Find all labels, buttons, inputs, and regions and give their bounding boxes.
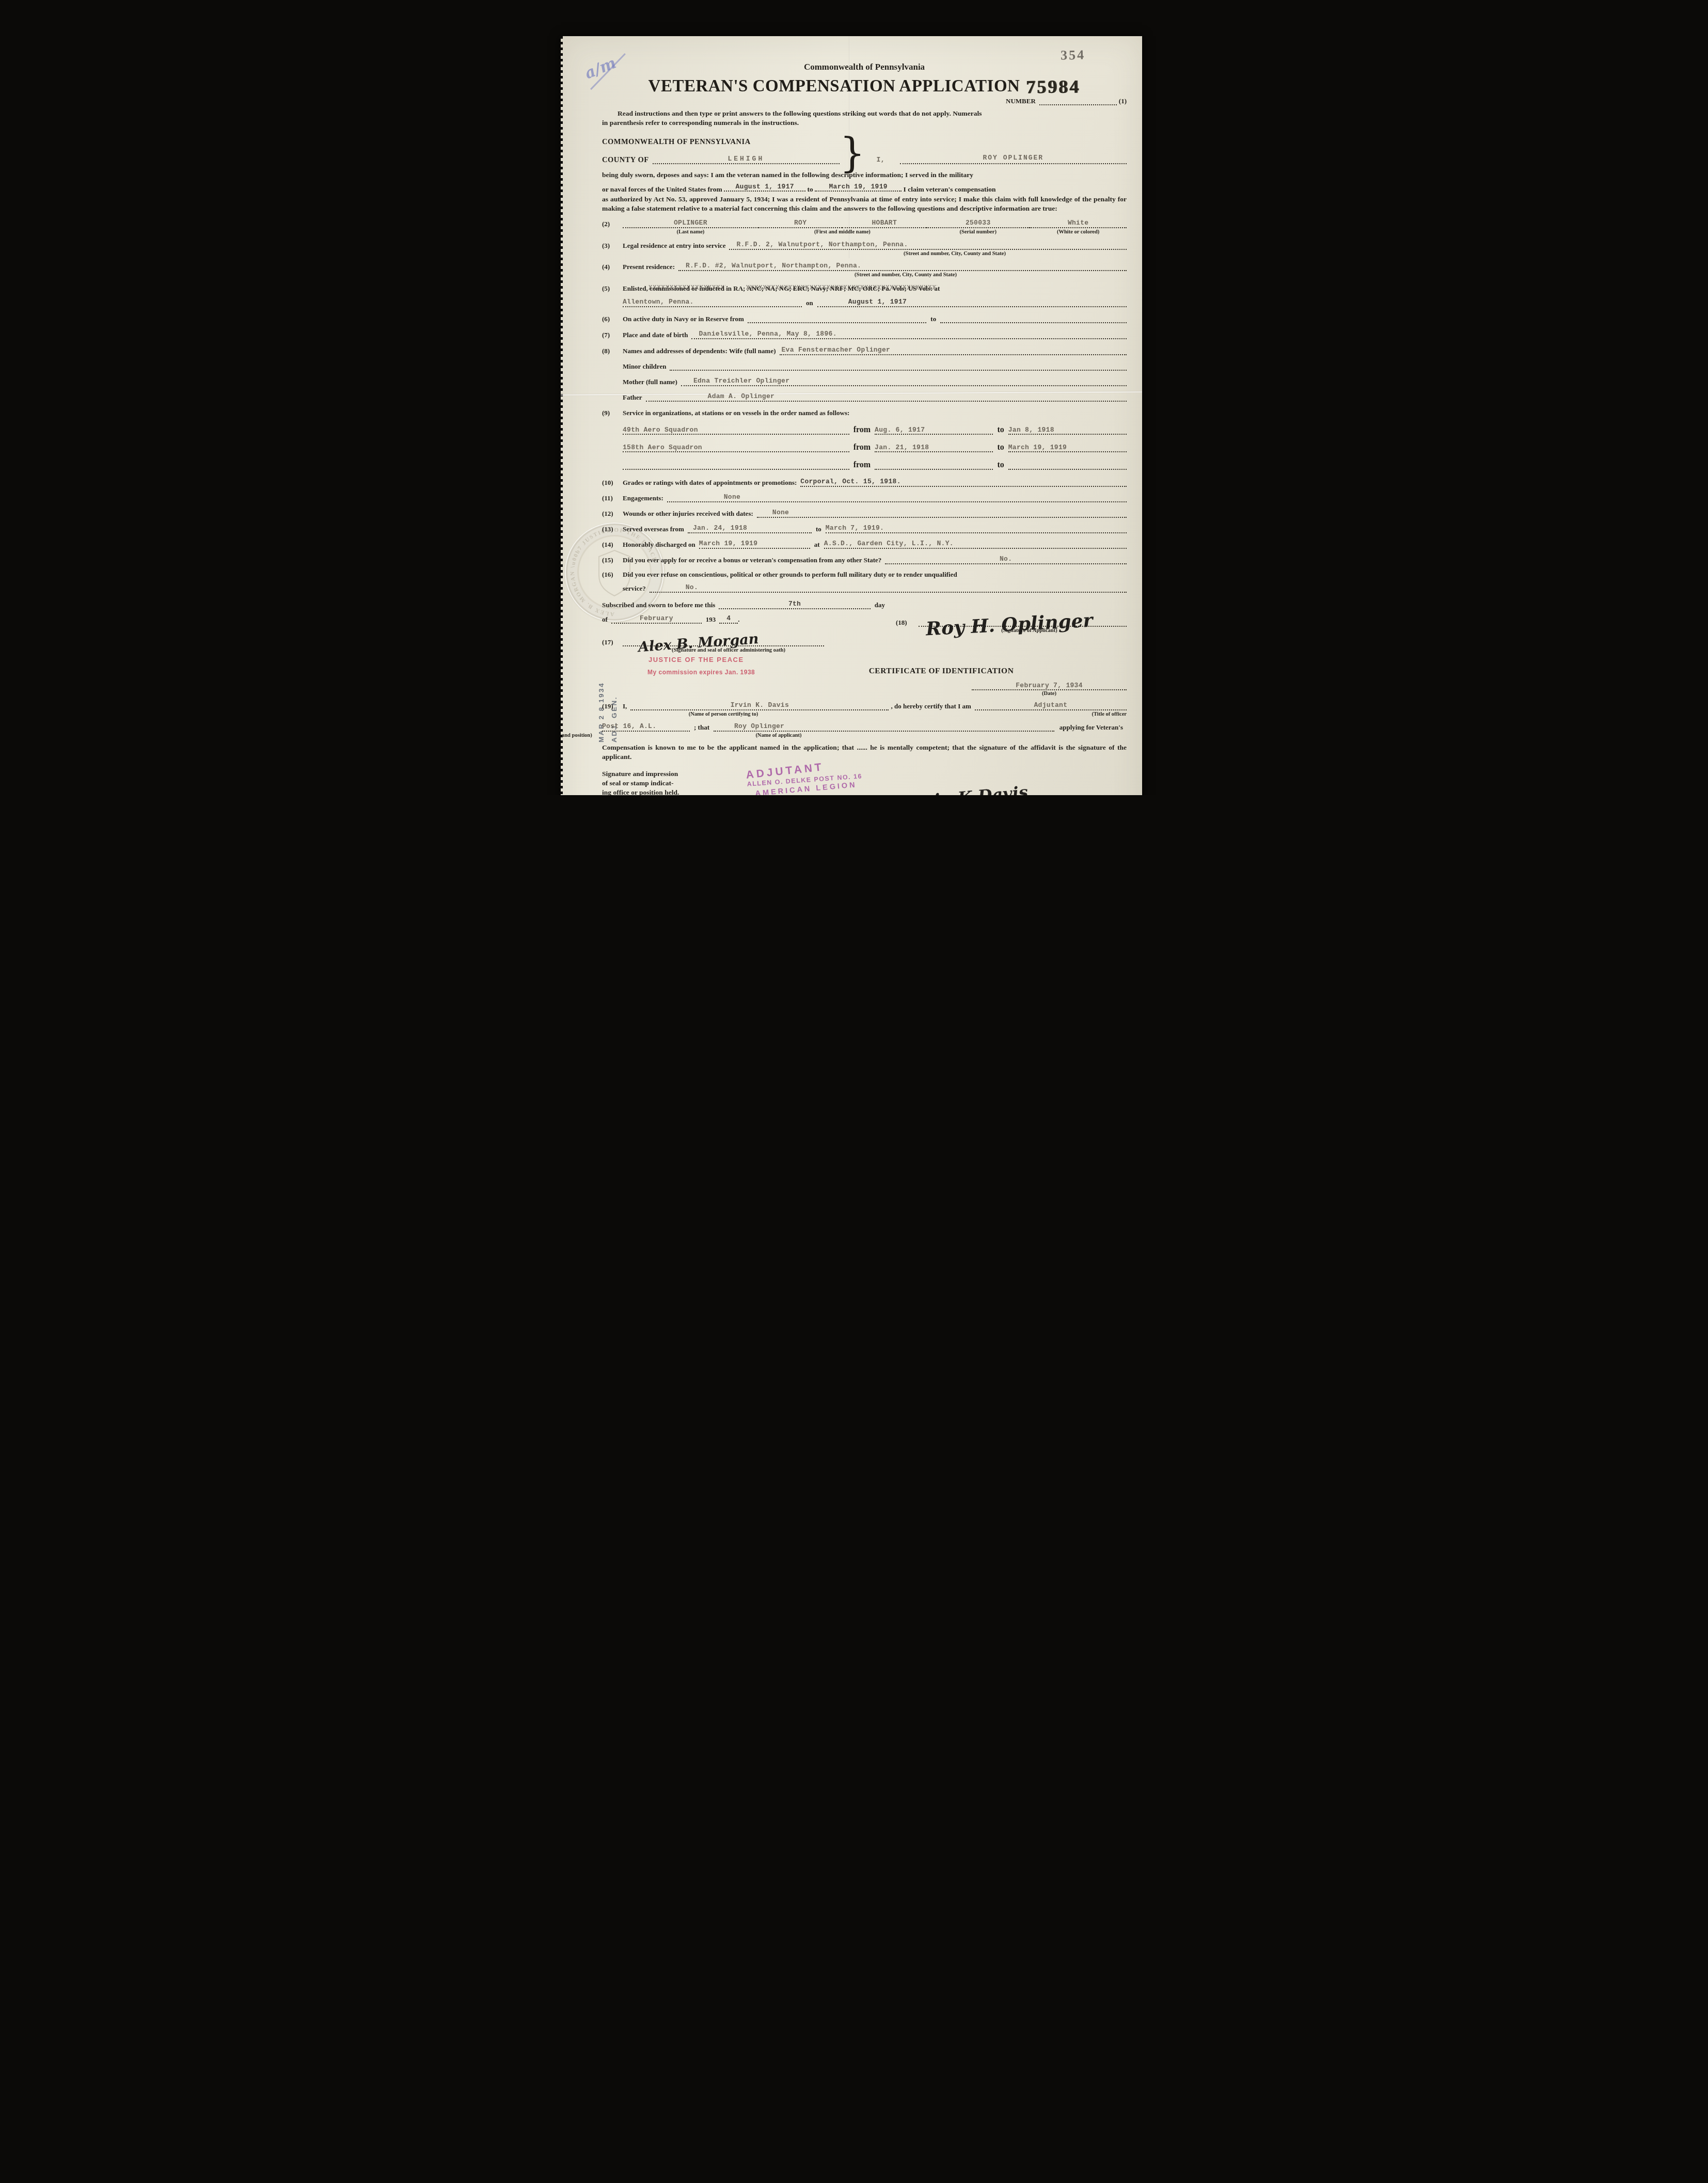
item9-num: (9) xyxy=(602,409,623,417)
service1-to: Jan 8, 1918 xyxy=(1008,426,1127,434)
discharge-place: A.S.D., Garden City, L.I., N.Y. xyxy=(824,540,1127,548)
oath-of-label: of xyxy=(602,615,611,624)
oath-day-label: day xyxy=(871,601,889,609)
item3-label: Legal residence at entry into service xyxy=(623,242,729,250)
item14-at-label: at xyxy=(810,541,824,549)
item3-sublabel: (Street and number, City, County and Sta… xyxy=(845,250,1065,257)
officer-title: Adjutant xyxy=(975,701,1127,709)
discharge-place-field: A.S.D., Garden City, L.I., N.Y. xyxy=(824,540,1127,549)
engagements-field: None xyxy=(667,493,1127,502)
item16-num: (16) xyxy=(602,571,623,579)
oath-year-digit: 4 xyxy=(719,614,738,623)
serial-field: 250033 xyxy=(926,219,1030,228)
item4-value: R.F.D. #2, Walnutport, Northampton, Penn… xyxy=(678,262,1127,270)
item19-row1: (19) I, Irvin K. Davis , do hereby certi… xyxy=(602,701,1127,710)
refuse-answer: No. xyxy=(650,583,1127,592)
item8-wife-row: (8) Names and addresses of dependents: W… xyxy=(602,346,1127,355)
service1-from: Aug. 6, 1917 xyxy=(875,426,993,434)
brace-glyph: } xyxy=(840,137,865,169)
post-value: Post 16, A.L. xyxy=(602,722,690,731)
overseas-from: Jan. 24, 1918 xyxy=(688,524,812,532)
item12-label: Wounds or other injuries received with d… xyxy=(623,510,757,518)
overseas-from-field: Jan. 24, 1918 xyxy=(688,524,812,533)
title-sublabel: (Title of officer xyxy=(1092,711,1127,718)
justice-stamp-line2: My commission expires Jan. 1938 xyxy=(602,669,818,676)
service2-to-field: March 19, 1919 xyxy=(1008,443,1127,452)
service2-from: Jan. 21, 1918 xyxy=(875,444,993,451)
service-from-field: August 1, 1917 xyxy=(724,183,805,192)
overseas-to-field: March 7, 1919. xyxy=(826,524,1127,533)
wounds-value: None xyxy=(757,509,1127,517)
service-row-3: from to xyxy=(602,461,1127,470)
first-middle-sublabel: (First and middle name) xyxy=(758,229,926,235)
item6-row: (6) On active duty in Navy or in Reserve… xyxy=(602,314,1127,323)
item4-sublabel: (Street and number, City, County and Sta… xyxy=(788,272,1023,278)
item18-num: (18) xyxy=(896,619,919,627)
item2-num: (2) xyxy=(602,220,623,228)
wounds-field: None xyxy=(757,509,1127,518)
document-page: 354 a/m ALEX B. MORGAN \u00b7 JUSTICE OF… xyxy=(561,36,1142,795)
birth-value: Danielsville, Penna, May 8, 1896. xyxy=(691,330,1127,338)
service2-org-field: 158th Aero Squadron xyxy=(623,443,849,452)
service3-from-field xyxy=(875,461,993,470)
item8-father-row: Father Adam A. Oplinger xyxy=(602,392,1127,402)
father-field: Adam A. Oplinger xyxy=(646,392,1127,402)
item13-label: Served overseas from xyxy=(623,525,688,533)
identifier-signature: Irvin K Davis xyxy=(908,788,1029,795)
certify-text: , do hereby certify that I am xyxy=(889,702,974,710)
sworn-to-label: to xyxy=(808,185,813,193)
certifier-name-field: Irvin K. Davis xyxy=(630,701,889,710)
first-name-field: ROY xyxy=(758,219,843,228)
middle-name-field: HOBART xyxy=(842,219,926,228)
wife-field: Eva Fenstermacher Oplinger xyxy=(780,346,1127,355)
item13-to-label: to xyxy=(812,525,826,533)
item14-row: (14) Honorably discharged on March 19, 1… xyxy=(602,540,1127,549)
item8-label: Names and addresses of dependents: Wife … xyxy=(623,347,780,355)
oath-line2: of February 193 4 . xyxy=(602,614,889,624)
service1-to-label: to xyxy=(993,425,1008,435)
sworn-line2: or naval forces of the United States fro… xyxy=(602,183,1127,194)
item4-label: Present residence: xyxy=(623,263,678,271)
officer-signature-field: Alex B. Morgan xyxy=(623,637,824,646)
commonwealth-line: COMMONWEALTH OF PENNSYLVANIA xyxy=(602,138,840,147)
item13-num: (13) xyxy=(602,525,623,533)
item5-on-label: on xyxy=(802,299,817,307)
cert-applicant-sublabel: (Name of applicant) xyxy=(701,732,856,739)
item19-row2: Post 16, A.L. ; that Roy Oplinger applyi… xyxy=(602,722,1127,732)
service1-to-field: Jan 8, 1918 xyxy=(1008,425,1127,435)
certificate-heading-row: My commission expires Jan. 1938 CERTIFIC… xyxy=(602,667,1127,676)
color-field: White xyxy=(1030,219,1127,228)
county-field: LEHIGH xyxy=(653,155,840,164)
oath-block: Subscribed and sworn to before me this 7… xyxy=(602,600,1127,663)
officer-signature-row: (17) Alex B. Morgan xyxy=(602,637,889,646)
identification-block: Signature and impression of seal or stam… xyxy=(602,769,1127,795)
service2-from-label: from xyxy=(849,443,875,452)
service-to-value: March 19, 1919 xyxy=(815,182,902,192)
enlist-date-field: August 1, 1917 xyxy=(817,298,1127,307)
item12-row: (12) Wounds or other injuries received w… xyxy=(602,509,1127,518)
item13-row: (13) Served overseas from Jan. 24, 1918 … xyxy=(602,524,1127,533)
item5-struck2: ANC; NA; NG; ERC; Navy; NRF; MC; ORC; Pa… xyxy=(747,284,933,293)
wife-value: Eva Fenstermacher Oplinger xyxy=(780,346,1127,354)
mother-field: Edna Treichler Oplinger xyxy=(681,377,1127,386)
item10-num: (10) xyxy=(602,479,623,487)
county-block: COMMONWEALTH OF PENNSYLVANIA COUNTY OF L… xyxy=(602,132,1127,164)
service1-org: 49th Aero Squadron xyxy=(623,426,849,434)
item11-row: (11) Engagements: None xyxy=(602,493,1127,502)
item3-sublabels: (Street and number, City, County and Sta… xyxy=(602,250,1127,257)
oath-month: February xyxy=(611,614,702,623)
officer-title-field: Adjutant xyxy=(975,701,1127,710)
item5-row1: (5) Enlisted, commissioned or inducted i… xyxy=(602,284,1127,293)
item16-row2: service? No. xyxy=(602,583,1127,593)
oath-year-field: 4 xyxy=(719,614,738,624)
service-row-2: 158th Aero Squadron from Jan. 21, 1918 t… xyxy=(602,443,1127,452)
number-field xyxy=(1039,96,1117,105)
deponent-name: ROY OPLINGER xyxy=(900,154,1127,162)
item7-label: Place and date of birth xyxy=(623,331,691,339)
certifier-sublabel: (Name of person certifying to) xyxy=(638,711,809,718)
certificate-date-row: February 7, 1934 (Date) xyxy=(602,681,1127,697)
grades-value: Corporal, Oct. 15, 1918. xyxy=(800,478,1127,486)
item6-to-label: to xyxy=(926,315,940,323)
discharge-date: March 19, 1919 xyxy=(699,540,810,548)
certificate-body: Compensation is known to me to be the ap… xyxy=(602,743,1127,761)
service2-org: 158th Aero Squadron xyxy=(623,444,849,451)
service1-from-label: from xyxy=(849,425,875,435)
item9-label: Service in organizations, at stations or… xyxy=(623,409,849,417)
intro-line1: Read instructions and then type or print… xyxy=(602,109,1127,118)
cert-applicant-name: Roy Oplinger xyxy=(714,722,1054,731)
oath-day-field: 7th xyxy=(719,600,870,609)
birth-field: Danielsville, Penna, May 8, 1896. xyxy=(691,330,1127,339)
item9-header: (9) Service in organizations, at station… xyxy=(602,409,1127,417)
applicant-signature-field: Roy H. Oplinger xyxy=(919,618,1127,627)
sworn-line2-post: I claim veteran's compensation xyxy=(904,185,996,193)
deponent-name-field: ROY OPLINGER xyxy=(900,155,1127,164)
item19-sublabels2: and position) (Name of applicant) xyxy=(602,732,1127,739)
mother-value: Edna Treichler Oplinger xyxy=(681,377,1127,385)
item15-label: Did you ever apply for or receive a bonu… xyxy=(623,556,885,564)
application-number-stamp: 75984 xyxy=(1026,76,1080,98)
item14-label: Honorably discharged on xyxy=(623,541,699,549)
middle-name-value: HOBART xyxy=(842,219,926,227)
refuse-answer-field: No. xyxy=(650,583,1127,593)
father-value: Adam A. Oplinger xyxy=(646,392,1127,401)
item19-num: (19) xyxy=(602,702,623,710)
oath-line1-pre: Subscribed and sworn to before me this xyxy=(602,601,719,609)
applicant-signature: Roy H. Oplinger xyxy=(926,616,1093,634)
item5-post: at xyxy=(935,284,940,292)
certificate-date: February 7, 1934 xyxy=(972,682,1127,689)
post-field: Post 16, A.L. xyxy=(602,722,690,732)
father-label: Father xyxy=(623,393,646,402)
item8-children-row: Minor children xyxy=(602,361,1127,371)
oath-month-field: February xyxy=(611,614,702,624)
color-value: White xyxy=(1030,219,1127,227)
item16-label: Did you ever refuse on conscientious, po… xyxy=(623,571,957,579)
item17-num: (17) xyxy=(602,638,623,646)
service3-from-label: from xyxy=(849,461,875,470)
item7-row: (7) Place and date of birth Danielsville… xyxy=(602,330,1127,339)
oath-day: 7th xyxy=(719,600,870,608)
certificate-date-field: February 7, 1934 xyxy=(972,681,1127,690)
navy-to-field xyxy=(940,314,1127,323)
item5-label: Enlisted, commissioned or inducted in RA… xyxy=(623,284,940,293)
item2-row: (2) OPLINGER ROY HOBART 250033 White xyxy=(602,219,1127,228)
scan-background: 354 a/m ALEX B. MORGAN \u00b7 JUSTICE OF… xyxy=(546,0,1162,795)
item11-num: (11) xyxy=(602,494,623,502)
item6-num: (6) xyxy=(602,315,623,323)
oath-year-printed: 193 xyxy=(702,615,720,624)
bonus-answer: No. xyxy=(885,555,1127,563)
applying-text: applying for Veteran's xyxy=(1054,723,1127,732)
item5-struck1: commissioned or inducted xyxy=(650,284,724,293)
serial-value: 250033 xyxy=(926,219,1030,227)
number-label: NUMBER xyxy=(1006,97,1039,105)
identifier-signature-row: Irvin K Davis xyxy=(887,790,1127,795)
item3-value: R.F.D. 2, Walnutport, Northampton, Penna… xyxy=(729,241,1127,249)
number-ref: (1) xyxy=(1117,97,1127,105)
service3-org-field xyxy=(623,461,849,470)
item6-label: On active duty in Navy or in Reserve fro… xyxy=(623,315,748,323)
last-name-sublabel: (Last name) xyxy=(623,229,758,235)
sworn-line3: as authorized by Act No. 53, approved Ja… xyxy=(602,195,1127,213)
oath-line1: Subscribed and sworn to before me this 7… xyxy=(602,600,889,609)
certificate-date-sublabel: (Date) xyxy=(972,690,1127,697)
certifier-name: Irvin K. Davis xyxy=(630,701,889,709)
intro-line2: in parenthesis refer to corresponding nu… xyxy=(602,118,1127,128)
county-label: COUNTY OF xyxy=(602,156,653,164)
item11-label: Engagements: xyxy=(623,494,667,502)
item4-num: (4) xyxy=(602,263,623,271)
item3-field: R.F.D. 2, Walnutport, Northampton, Penna… xyxy=(729,241,1127,250)
minor-children-field xyxy=(670,361,1127,371)
color-sublabel: (White or colored) xyxy=(1030,229,1127,235)
item4-row: (4) Present residence: R.F.D. #2, Walnut… xyxy=(602,262,1127,271)
service2-to: March 19, 1919 xyxy=(1008,444,1127,451)
item7-num: (7) xyxy=(602,331,623,339)
first-name-value: ROY xyxy=(758,219,843,227)
seal-caption-l1: Signature and impression xyxy=(602,769,742,779)
item14-num: (14) xyxy=(602,541,623,549)
enlist-date-value: August 1, 1917 xyxy=(817,298,1127,306)
service3-to-label: to xyxy=(993,461,1008,470)
service2-to-label: to xyxy=(993,443,1008,452)
overseas-to: March 7, 1919. xyxy=(826,524,1127,532)
item5-num: (5) xyxy=(602,284,623,293)
item12-num: (12) xyxy=(602,510,623,518)
item15-row: (15) Did you ever apply for or receive a… xyxy=(602,555,1127,564)
service2-from-field: Jan. 21, 1918 xyxy=(875,443,993,452)
engagements-value: None xyxy=(667,493,1127,501)
item4-field: R.F.D. #2, Walnutport, Northampton, Penn… xyxy=(678,262,1127,271)
cert-applicant-field: Roy Oplinger xyxy=(714,722,1054,732)
commonwealth-heading: Commonwealth of Pennsylvania xyxy=(602,62,1127,72)
service1-org-field: 49th Aero Squadron xyxy=(623,425,849,435)
item4-sublabels: (Street and number, City, County and Sta… xyxy=(602,272,1127,278)
discharge-date-field: March 19, 1919 xyxy=(699,540,810,549)
item16-row1: (16) Did you ever refuse on conscientiou… xyxy=(602,571,1127,579)
grades-field: Corporal, Oct. 15, 1918. xyxy=(800,478,1127,487)
navy-from-field xyxy=(748,314,926,323)
mother-label: Mother (full name) xyxy=(623,378,681,386)
item8-num: (8) xyxy=(602,347,623,355)
i-label: I, xyxy=(865,156,900,164)
enlist-place-field: Allentown, Penna. xyxy=(623,298,802,307)
item5-mid: in RA; xyxy=(726,284,745,292)
item19-i-label: I, xyxy=(623,702,630,710)
service-from-value: August 1, 1917 xyxy=(724,182,805,192)
applicant-signature-row: (18) Roy H. Oplinger xyxy=(896,618,1127,627)
adjutant-stamp: ADJUTANT ALLEN O. DELKE POST NO. 16 AMER… xyxy=(745,756,863,795)
position-sublabel: and position) xyxy=(562,732,613,739)
oath-year-period: . xyxy=(738,615,743,624)
item15-num: (15) xyxy=(602,556,623,564)
item10-row: (10) Grades or ratings with dates of app… xyxy=(602,478,1127,487)
enlist-place-value: Allentown, Penna. xyxy=(623,298,802,306)
county-value: LEHIGH xyxy=(653,155,840,163)
service-to-field: March 19, 1919 xyxy=(815,183,902,192)
identifier-signature-field: Irvin K Davis xyxy=(887,790,1127,795)
sworn-line2-pre: or naval forces of the United States fro… xyxy=(602,185,722,193)
item3-row: (3) Legal residence at entry into servic… xyxy=(602,241,1127,250)
justice-stamp-line1: JUSTICE OF THE PEACE xyxy=(649,656,889,663)
service1-from-field: Aug. 6, 1917 xyxy=(875,425,993,435)
service3-to-field xyxy=(1008,461,1127,470)
item5-row2: Allentown, Penna. on August 1, 1917 xyxy=(602,298,1127,307)
item10-label: Grades or ratings with dates of appointm… xyxy=(623,479,800,487)
last-name-value: OPLINGER xyxy=(623,219,758,227)
service-row-1: 49th Aero Squadron from Aug. 6, 1917 to … xyxy=(602,425,1127,435)
item2-sublabels: (Last name) (First and middle name) (Ser… xyxy=(602,229,1127,235)
seal-caption-l2: of seal or stamp indicat- xyxy=(602,779,742,788)
item16-label2: service? xyxy=(623,584,650,593)
minor-children-label: Minor children xyxy=(623,362,670,371)
certificate-heading: CERTIFICATE OF IDENTIFICATION xyxy=(818,667,1065,676)
form-title-text: VETERAN'S COMPENSATION APPLICATION xyxy=(649,77,1020,96)
item3-num: (3) xyxy=(602,242,623,250)
item19-sublabels1: (Name of person certifying to) (Title of… xyxy=(602,711,1127,718)
that-label: ; that xyxy=(690,723,714,732)
number-line: NUMBER (1) xyxy=(602,96,1127,105)
item8-mother-row: Mother (full name) Edna Treichler Opling… xyxy=(602,377,1127,386)
serial-sublabel: (Serial number) xyxy=(926,229,1030,235)
last-name-field: OPLINGER xyxy=(623,219,758,228)
form-title: VETERAN'S COMPENSATION APPLICATION75984 xyxy=(602,74,1127,96)
item5-pre: Enlisted, xyxy=(623,284,648,292)
bonus-answer-field: No. xyxy=(885,555,1127,564)
seal-caption-l3: ing office or position held. xyxy=(602,788,742,795)
